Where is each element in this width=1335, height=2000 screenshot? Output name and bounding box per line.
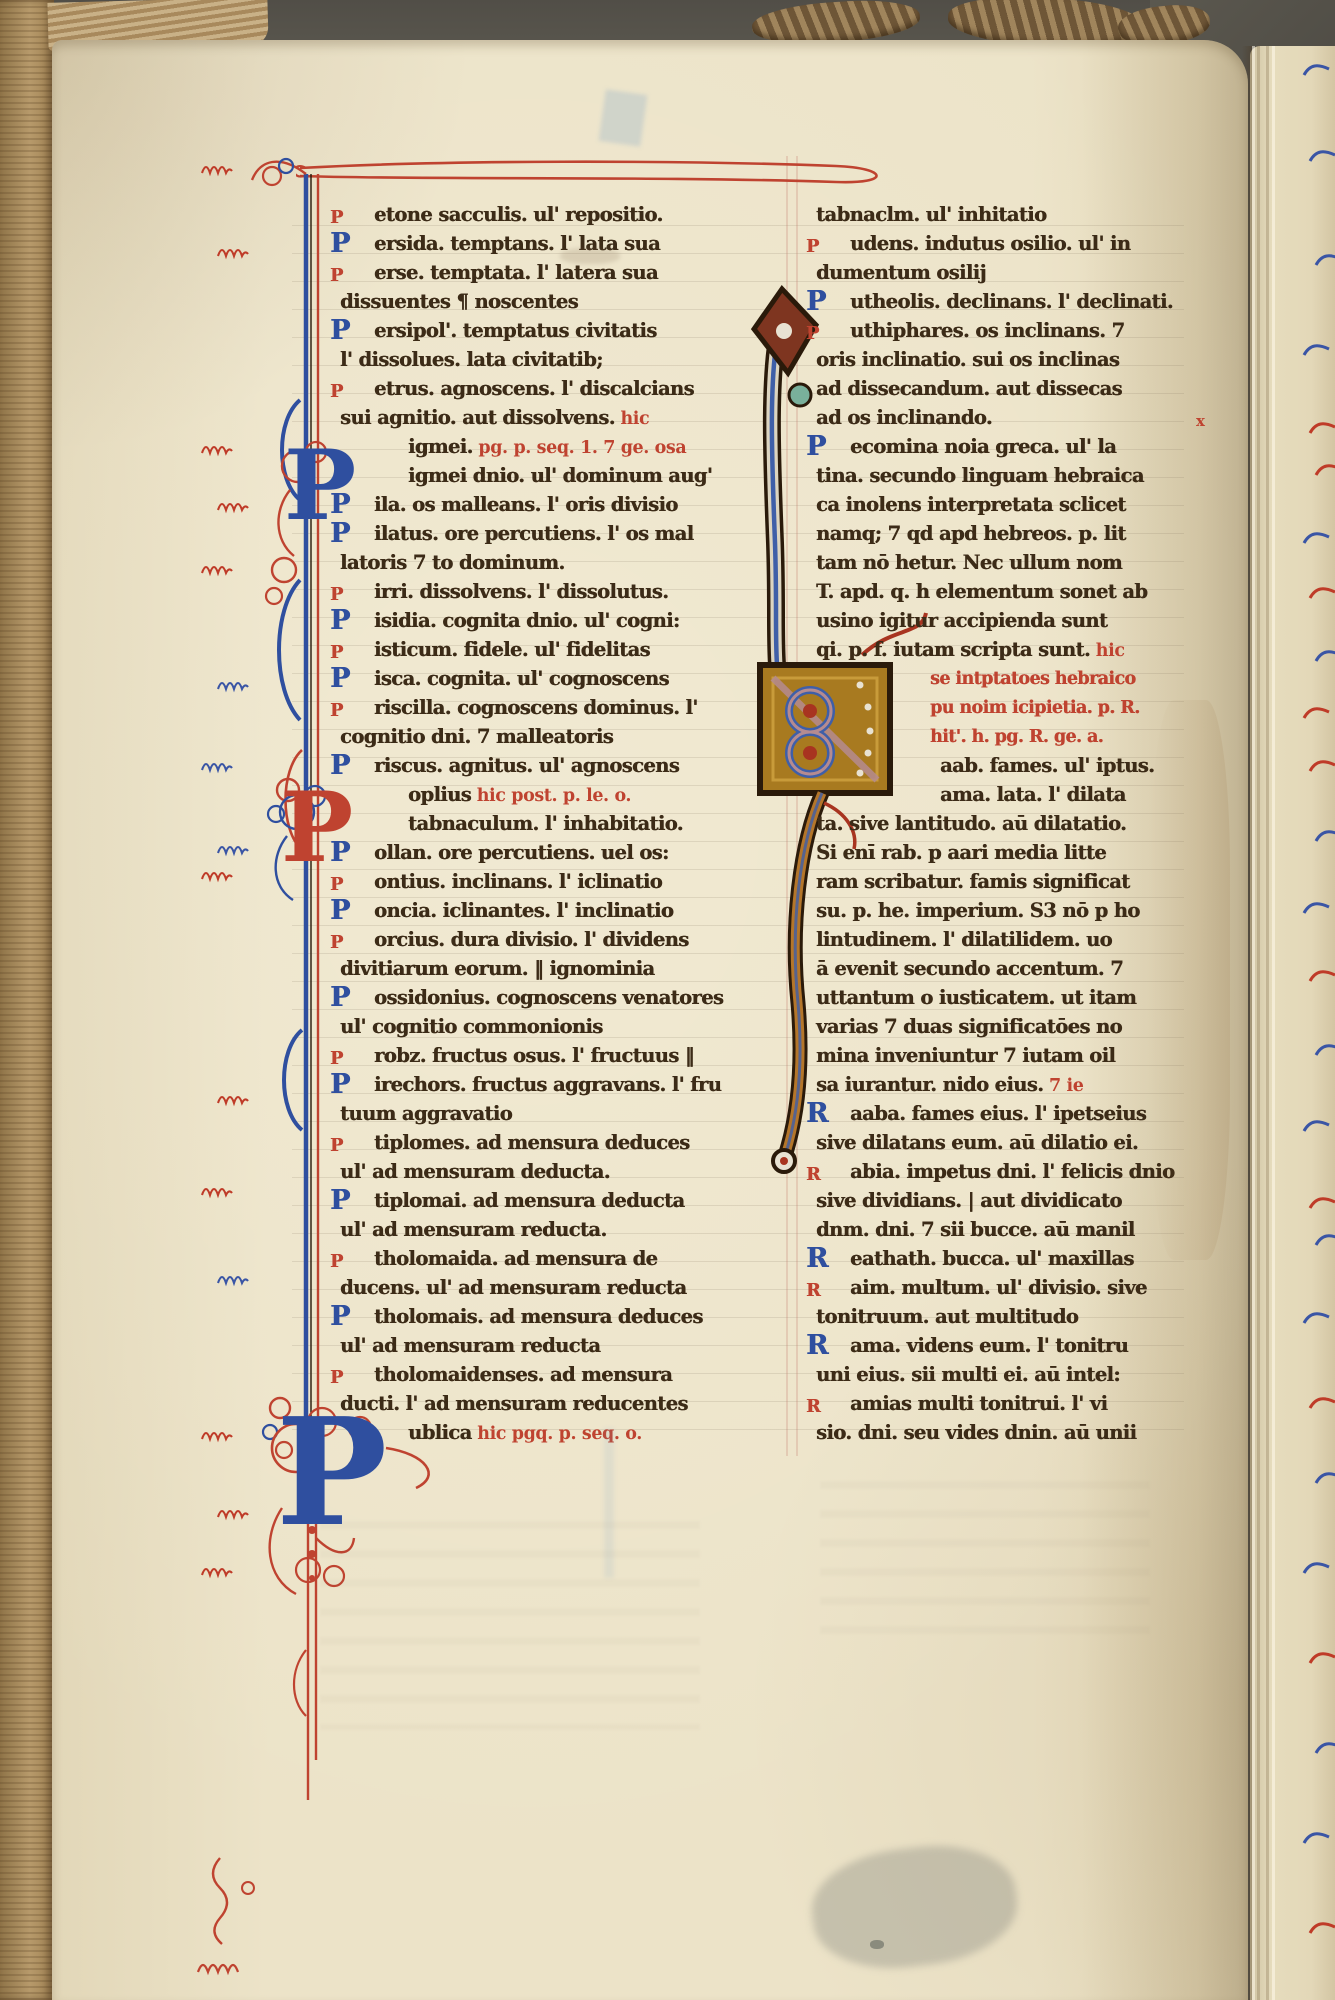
line-text: ossidonius. cognoscens venatores xyxy=(374,986,723,1009)
rubric-note: hic post. p. le. o. xyxy=(471,786,631,806)
text-line: tonitruum. aut multitudo xyxy=(776,1302,1196,1331)
text-line: tina. secundo linguam hebraica xyxy=(776,461,1196,490)
text-line: Pirechors. fructus aggravans. l' fru xyxy=(300,1070,720,1099)
big-initial-publica: P xyxy=(276,1398,387,1546)
blue-edge-mark xyxy=(1314,252,1335,268)
line-text: etone sacculis. ul' repositio. xyxy=(374,203,663,226)
line-text: eathath. bucca. ul' maxillas xyxy=(850,1247,1134,1270)
line-text: T. apd. q. h elementum sonet ab xyxy=(816,580,1147,603)
line-text: uni eius. sii multi ei. aū intel: xyxy=(816,1363,1120,1386)
red-margin-squiggle xyxy=(216,243,250,261)
lombardic-initial: P xyxy=(806,234,850,260)
red-edge-mark xyxy=(1314,462,1335,478)
line-text: ul' cognitio commonionis xyxy=(340,1015,603,1038)
text-line: ad dissecandum. aut dissecas xyxy=(776,374,1196,403)
bottom-flourish xyxy=(190,1852,310,2000)
line-text: ā evenit secundo accentum. 7 xyxy=(816,957,1123,980)
text-line: tabnaclm. ul' inhitatio xyxy=(776,200,1196,229)
red-edge-mark xyxy=(1308,968,1335,984)
lombardic-initial: R xyxy=(806,1333,850,1359)
rubric-note: hic xyxy=(615,409,650,429)
red-margin-squiggle xyxy=(200,1426,234,1444)
text-line: Perse. temptata. l' latera sua xyxy=(300,258,720,287)
text-line: oris inclinatio. sui os inclinas xyxy=(776,345,1196,374)
text-line: Possidonius. cognoscens venatores xyxy=(300,983,720,1012)
text-line: Puthiphares. os inclinans. 7 xyxy=(776,316,1196,345)
blue-edge-mark xyxy=(1308,148,1335,164)
book-spine-edge xyxy=(0,0,54,2000)
lombardic-initial: P xyxy=(330,985,374,1011)
line-text: cognitio dni. 7 malleatoris xyxy=(340,725,613,748)
line-text: se intptatoes hebraico xyxy=(930,669,1135,689)
line-text: riscilla. cognoscens dominus. l' xyxy=(374,696,698,719)
red-margin-squiggle xyxy=(200,1182,234,1200)
text-line: Raim. multum. ul' divisio. sive xyxy=(776,1273,1196,1302)
line-text: tholomais. ad mensura deduces xyxy=(374,1305,703,1328)
line-text: mina inveniuntur 7 iutam oil xyxy=(816,1044,1115,1067)
line-text: udens. indutus osilio. ul' in xyxy=(850,232,1130,255)
blue-edge-mark xyxy=(1302,1310,1332,1326)
line-text: irri. dissolvens. l' dissolutus. xyxy=(374,580,668,603)
text-line: l' dissolues. lata civitatib; xyxy=(300,345,720,374)
line-text: ontius. inclinans. l' iclinatio xyxy=(374,870,662,893)
blue-edge-mark xyxy=(1302,62,1332,78)
line-text: sio. dni. seu vides dnin. aū unii xyxy=(816,1421,1136,1444)
blue-edge-mark xyxy=(1314,828,1335,844)
line-text: dumentum osilij xyxy=(816,261,986,284)
red-margin-squiggle xyxy=(216,497,250,515)
line-text: varias 7 duas significatōes no xyxy=(816,1015,1122,1038)
lombardic-initial: P xyxy=(330,263,374,289)
line-text: isidia. cognita dnio. ul' cogni: xyxy=(374,609,679,632)
blue-edge-mark xyxy=(1314,1042,1335,1058)
line-text: ecomina noia greca. ul' la xyxy=(850,435,1116,458)
line-text: uthiphares. os inclinans. 7 xyxy=(850,319,1124,342)
red-edge-mark xyxy=(1308,1650,1335,1666)
line-text: tholomaida. ad mensura de xyxy=(374,1247,657,1270)
line-text: Si enī rab. p aari media litte xyxy=(816,841,1106,864)
line-text: etrus. agnoscens. l' discalcians xyxy=(374,377,694,400)
manuscript-photo: Petone sacculis. ul' repositio.Persida. … xyxy=(0,0,1335,2000)
red-margin-squiggle xyxy=(200,440,234,458)
text-line: Petrus. agnoscens. l' discalcians xyxy=(300,374,720,403)
line-text: ad os inclinando. xyxy=(816,406,992,429)
line-text: aim. multum. ul' divisio. sive xyxy=(850,1276,1147,1299)
line-text: ul' ad mensuram deducta. xyxy=(340,1160,610,1183)
lombardic-initial: P xyxy=(330,1133,374,1159)
text-line: Ptholomaida. ad mensura de xyxy=(300,1244,720,1273)
text-line: Porcius. dura divisio. l' dividens xyxy=(300,925,720,954)
line-text: tina. secundo linguam hebraica xyxy=(816,464,1144,487)
line-text: ta. sive lantitudo. aū dilatatio. xyxy=(816,812,1126,835)
line-text: orcius. dura divisio. l' dividens xyxy=(374,928,689,951)
text-line: T. apd. q. h elementum sonet ab xyxy=(776,577,1196,606)
line-text: qi. p. f. iutam scripta sunt. xyxy=(816,638,1090,661)
text-line: ducens. ul' ad mensuram reducta xyxy=(300,1273,720,1302)
text-line: ad os inclinando. xyxy=(776,403,1196,432)
blue-margin-squiggle xyxy=(216,840,250,858)
text-line: Petone sacculis. ul' repositio. xyxy=(300,200,720,229)
line-text: ad dissecandum. aut dissecas xyxy=(816,377,1122,400)
text-line: su. p. he. imperium. S3 nō p ho xyxy=(776,896,1196,925)
line-text: ca inolens interpretata sclicet xyxy=(816,493,1126,516)
text-line: Ptiplomai. ad mensura deducta xyxy=(300,1186,720,1215)
line-text: lintudinem. l' dilatilidem. uo xyxy=(816,928,1112,951)
line-text: abia. impetus dni. l' felicis dnio xyxy=(850,1160,1174,1183)
text-line: Pisca. cognita. ul' cognoscens xyxy=(300,664,720,693)
lombardic-initial: P xyxy=(330,1304,374,1330)
lombardic-initial: R xyxy=(806,1101,850,1127)
text-line: Pudens. indutus osilio. ul' in xyxy=(776,229,1196,258)
red-margin-squiggle xyxy=(216,1090,250,1108)
text-line: ama. lata. l' dilata xyxy=(776,780,1196,809)
line-text: sui agnitio. aut dissolvens. xyxy=(340,406,615,429)
blue-edge-mark xyxy=(1302,900,1332,916)
text-line: sive dilatans eum. aū dilatio ei. xyxy=(776,1128,1196,1157)
red-margin-squiggle xyxy=(200,1562,234,1580)
line-text: namq; 7 qd apd hebreos. p. lit xyxy=(816,522,1126,545)
line-text: tholomaidenses. ad mensura xyxy=(374,1363,672,1386)
text-line: ca inolens interpretata sclicet xyxy=(776,490,1196,519)
rubric-note: hic xyxy=(1090,641,1125,661)
lombardic-initial: P xyxy=(330,1188,374,1214)
red-margin-squiggle xyxy=(200,560,234,578)
right-text-column: tabnaclm. ul' inhitatioPudens. indutus o… xyxy=(776,200,1196,1447)
text-line: usino igitur accipienda sunt xyxy=(776,606,1196,635)
red-margin-squiggle xyxy=(200,160,234,178)
fore-edge-pages xyxy=(1250,46,1335,2000)
line-text: igmei dnio. ul' dominum aug' xyxy=(408,464,712,487)
text-line: dissuentes ¶ noscentes xyxy=(300,287,720,316)
line-text: erse. temptata. l' latera sua xyxy=(374,261,658,284)
text-line: sui agnitio. aut dissolvens. hic xyxy=(300,403,720,432)
line-text: aaba. fames eius. l' ipetseius xyxy=(850,1102,1146,1125)
lombardic-initial: P xyxy=(806,289,850,315)
text-line: ul' ad mensuram reducta. xyxy=(300,1215,720,1244)
line-text: tiplomes. ad mensura deduces xyxy=(374,1131,690,1154)
line-text: isca. cognita. ul' cognoscens xyxy=(374,667,669,690)
line-text: hit'. h. pg. R. ge. a. xyxy=(930,727,1103,747)
text-line: uttantum o iusticatem. ut itam xyxy=(776,983,1196,1012)
line-text: igmei. xyxy=(408,435,473,458)
line-text: divitiarum eorum. ‖ ignominia xyxy=(340,957,654,980)
lombardic-initial: R xyxy=(806,1246,850,1272)
blue-edge-mark xyxy=(1302,1560,1332,1576)
line-text: oncia. iclinantes. l' inclinatio xyxy=(374,899,673,922)
line-text: tam nō hetur. Nec ullum nom xyxy=(816,551,1122,574)
text-line: ul' ad mensuram reducta xyxy=(300,1331,720,1360)
red-edge-mark xyxy=(1308,1195,1335,1211)
line-text: tabnaclm. ul' inhitatio xyxy=(816,203,1046,226)
text-line: sio. dni. seu vides dnin. aū unii xyxy=(776,1418,1196,1447)
lombardic-initial: P xyxy=(330,666,374,692)
lombardic-initial: P xyxy=(330,231,374,257)
red-margin-squiggle xyxy=(216,1504,250,1522)
blue-edge-mark xyxy=(1302,1118,1332,1134)
text-line: ram scribatur. famis significat xyxy=(776,867,1196,896)
text-line: Probz. fructus osus. l' fructuus ‖ xyxy=(300,1041,720,1070)
red-topline-flourish xyxy=(296,154,916,194)
blue-margin-squiggle xyxy=(216,1270,250,1288)
line-text: riscus. agnitus. ul' agnoscens xyxy=(374,754,679,777)
big-initial-poplius: P xyxy=(281,780,353,876)
text-line: Pisidia. cognita dnio. ul' cogni: xyxy=(300,606,720,635)
line-text: tonitruum. aut multitudo xyxy=(816,1305,1078,1328)
line-text: dnm. dni. 7 sii bucce. aū manil xyxy=(816,1218,1135,1241)
line-text: sive dilatans eum. aū dilatio ei. xyxy=(816,1131,1138,1154)
text-line: divitiarum eorum. ‖ ignominia xyxy=(300,954,720,983)
text-line: ul' ad mensuram deducta. xyxy=(300,1157,720,1186)
line-text: su. p. he. imperium. S3 nō p ho xyxy=(816,899,1140,922)
lombardic-initial: R xyxy=(806,1394,850,1420)
line-text: l' dissolues. lata civitatib; xyxy=(340,348,603,371)
blue-edge-mark xyxy=(1314,1470,1335,1486)
line-text: dissuentes ¶ noscentes xyxy=(340,290,578,313)
text-line: Reathath. bucca. ul' maxillas xyxy=(776,1244,1196,1273)
blue-edge-mark xyxy=(1314,1232,1335,1248)
line-text: sa iurantur. nido eius. xyxy=(816,1073,1043,1096)
red-edge-mark xyxy=(1308,758,1335,774)
rubric-note: pg. p. seq. 1. 7 ge. osa xyxy=(473,438,687,458)
line-text: ama. lata. l' dilata xyxy=(940,783,1126,806)
text-line: Raaba. fames eius. l' ipetseius xyxy=(776,1099,1196,1128)
lombardic-initial: P xyxy=(330,318,374,344)
text-line: se intptatoes hebraico xyxy=(776,664,1196,693)
line-text: uttantum o iusticatem. ut itam xyxy=(816,986,1136,1009)
lombardic-initial: P xyxy=(330,930,374,956)
text-line: pu noim icipietia. p. R. xyxy=(776,693,1196,722)
lombardic-initial: P xyxy=(330,1249,374,1275)
lombardic-initial: P xyxy=(330,379,374,405)
text-line: varias 7 duas significatōes no xyxy=(776,1012,1196,1041)
text-line: Si enī rab. p aari media litte xyxy=(776,838,1196,867)
line-text: oris inclinatio. sui os inclinas xyxy=(816,348,1119,371)
blue-smudge xyxy=(599,89,648,146)
blue-edge-mark xyxy=(1314,1740,1335,1756)
rubric-note: 7 ie xyxy=(1043,1076,1083,1096)
line-text: aab. fames. ul' iptus. xyxy=(940,754,1154,777)
text-line: Pisticum. fidele. ul' fidelitas xyxy=(300,635,720,664)
lombardic-initial: P xyxy=(330,698,374,724)
red-edge-mark xyxy=(1308,1920,1335,1936)
line-text: ram scribatur. famis significat xyxy=(816,870,1130,893)
text-line: sive dividians. | aut dividicato xyxy=(776,1186,1196,1215)
text-line: namq; 7 qd apd hebreos. p. lit xyxy=(776,519,1196,548)
rubric-note: hic pgq. p. seq. o. xyxy=(472,1424,642,1444)
line-text: utheolis. declinans. l' declinati. xyxy=(850,290,1173,313)
text-line: Ptholomais. ad mensura deduces xyxy=(300,1302,720,1331)
text-line: Persida. temptans. l' lata sua xyxy=(300,229,720,258)
text-line: ā evenit secundo accentum. 7 xyxy=(776,954,1196,983)
lombardic-initial: R xyxy=(806,1278,850,1304)
text-line: dumentum osilij xyxy=(776,258,1196,287)
text-line: Priscilla. cognoscens dominus. l' xyxy=(300,693,720,722)
lombardic-initial: P xyxy=(330,608,374,634)
blue-edge-mark xyxy=(1302,530,1332,546)
text-line: Putheolis. declinans. l' declinati. xyxy=(776,287,1196,316)
line-text: ul' ad mensuram reducta xyxy=(340,1334,600,1357)
text-line: tam nō hetur. Nec ullum nom xyxy=(776,548,1196,577)
text-line: uni eius. sii multi ei. aū intel: xyxy=(776,1360,1196,1389)
blue-edge-mark xyxy=(1302,1830,1332,1846)
red-edge-mark xyxy=(1308,420,1335,436)
line-text: sive dividians. | aut dividicato xyxy=(816,1189,1122,1212)
line-text: ila. os malleans. l' oris divisio xyxy=(374,493,678,516)
text-line: Persipol'. temptatus civitatis xyxy=(300,316,720,345)
lombardic-initial: P xyxy=(806,434,850,460)
text-line: Rama. videns eum. l' tonitru xyxy=(776,1331,1196,1360)
blue-edge-mark xyxy=(1302,342,1332,358)
text-line: hit'. h. pg. R. ge. a. xyxy=(776,722,1196,751)
line-text: robz. fructus osus. l' fructuus ‖ xyxy=(374,1044,694,1067)
blue-margin-squiggle xyxy=(200,757,234,775)
line-text: ilatus. ore percutiens. l' os mal xyxy=(374,522,693,545)
stain-speck xyxy=(870,1940,884,1949)
line-text: isticum. fidele. ul' fidelitas xyxy=(374,638,650,661)
line-text: ducens. ul' ad mensuram reducta xyxy=(340,1276,686,1299)
small-stain xyxy=(560,248,620,264)
text-line: dnm. dni. 7 sii bucce. aū manil xyxy=(776,1215,1196,1244)
line-text: tiplomai. ad mensura deducta xyxy=(374,1189,684,1212)
line-text: oplius xyxy=(408,783,471,806)
text-line: sa iurantur. nido eius. 7 ie xyxy=(776,1070,1196,1099)
blue-edge-mark xyxy=(1314,648,1335,664)
text-line: qi. p. f. iutam scripta sunt. hic xyxy=(776,635,1196,664)
text-bleedthrough xyxy=(820,1460,1150,1640)
text-line: Rabia. impetus dni. l' felicis dnio xyxy=(776,1157,1196,1186)
red-edge-mark xyxy=(1308,1395,1335,1411)
line-text: pu noim icipietia. p. R. xyxy=(930,698,1140,718)
line-text: ollan. ore percutiens. uel os: xyxy=(374,841,669,864)
line-text: tabnaculum. l' inhabitatio. xyxy=(408,812,683,835)
lombardic-initial: P xyxy=(330,1072,374,1098)
text-line: Pecomina noia greca. ul' la xyxy=(776,432,1196,461)
big-initial-pigmei: P xyxy=(284,438,356,534)
red-edge-mark xyxy=(1302,705,1332,721)
text-line: aab. fames. ul' iptus. xyxy=(776,751,1196,780)
text-line: lintudinem. l' dilatilidem. uo xyxy=(776,925,1196,954)
lombardic-initial: R xyxy=(806,1162,850,1188)
text-line: cognitio dni. 7 malleatoris xyxy=(300,722,720,751)
line-text: usino igitur accipienda sunt xyxy=(816,609,1107,632)
line-text: tuum aggravatio xyxy=(340,1102,512,1125)
text-line: ul' cognitio commonionis xyxy=(300,1012,720,1041)
tide-stain xyxy=(1150,700,1230,1260)
red-margin-squiggle xyxy=(200,866,234,884)
line-text: ama. videns eum. l' tonitru xyxy=(850,1334,1128,1357)
text-line: tuum aggravatio xyxy=(300,1099,720,1128)
text-line: mina inveniuntur 7 iutam oil xyxy=(776,1041,1196,1070)
line-text: amias multi tonitrui. l' vi xyxy=(850,1392,1107,1415)
line-text: ersipol'. temptatus civitatis xyxy=(374,319,657,342)
text-line: Pirri. dissolvens. l' dissolutus. xyxy=(300,577,720,606)
text-line: ta. sive lantitudo. aū dilatatio. xyxy=(776,809,1196,838)
line-text: irechors. fructus aggravans. l' fru xyxy=(374,1073,721,1096)
text-line: Ptiplomes. ad mensura deduces xyxy=(300,1128,720,1157)
red-edge-mark xyxy=(1308,585,1335,601)
blue-margin-squiggle xyxy=(216,676,250,694)
line-text: ul' ad mensuram reducta. xyxy=(340,1218,607,1241)
text-line: Ramias multi tonitrui. l' vi xyxy=(776,1389,1196,1418)
lombardic-initial: P xyxy=(806,321,850,347)
margin-x-mark: x xyxy=(1196,412,1205,430)
